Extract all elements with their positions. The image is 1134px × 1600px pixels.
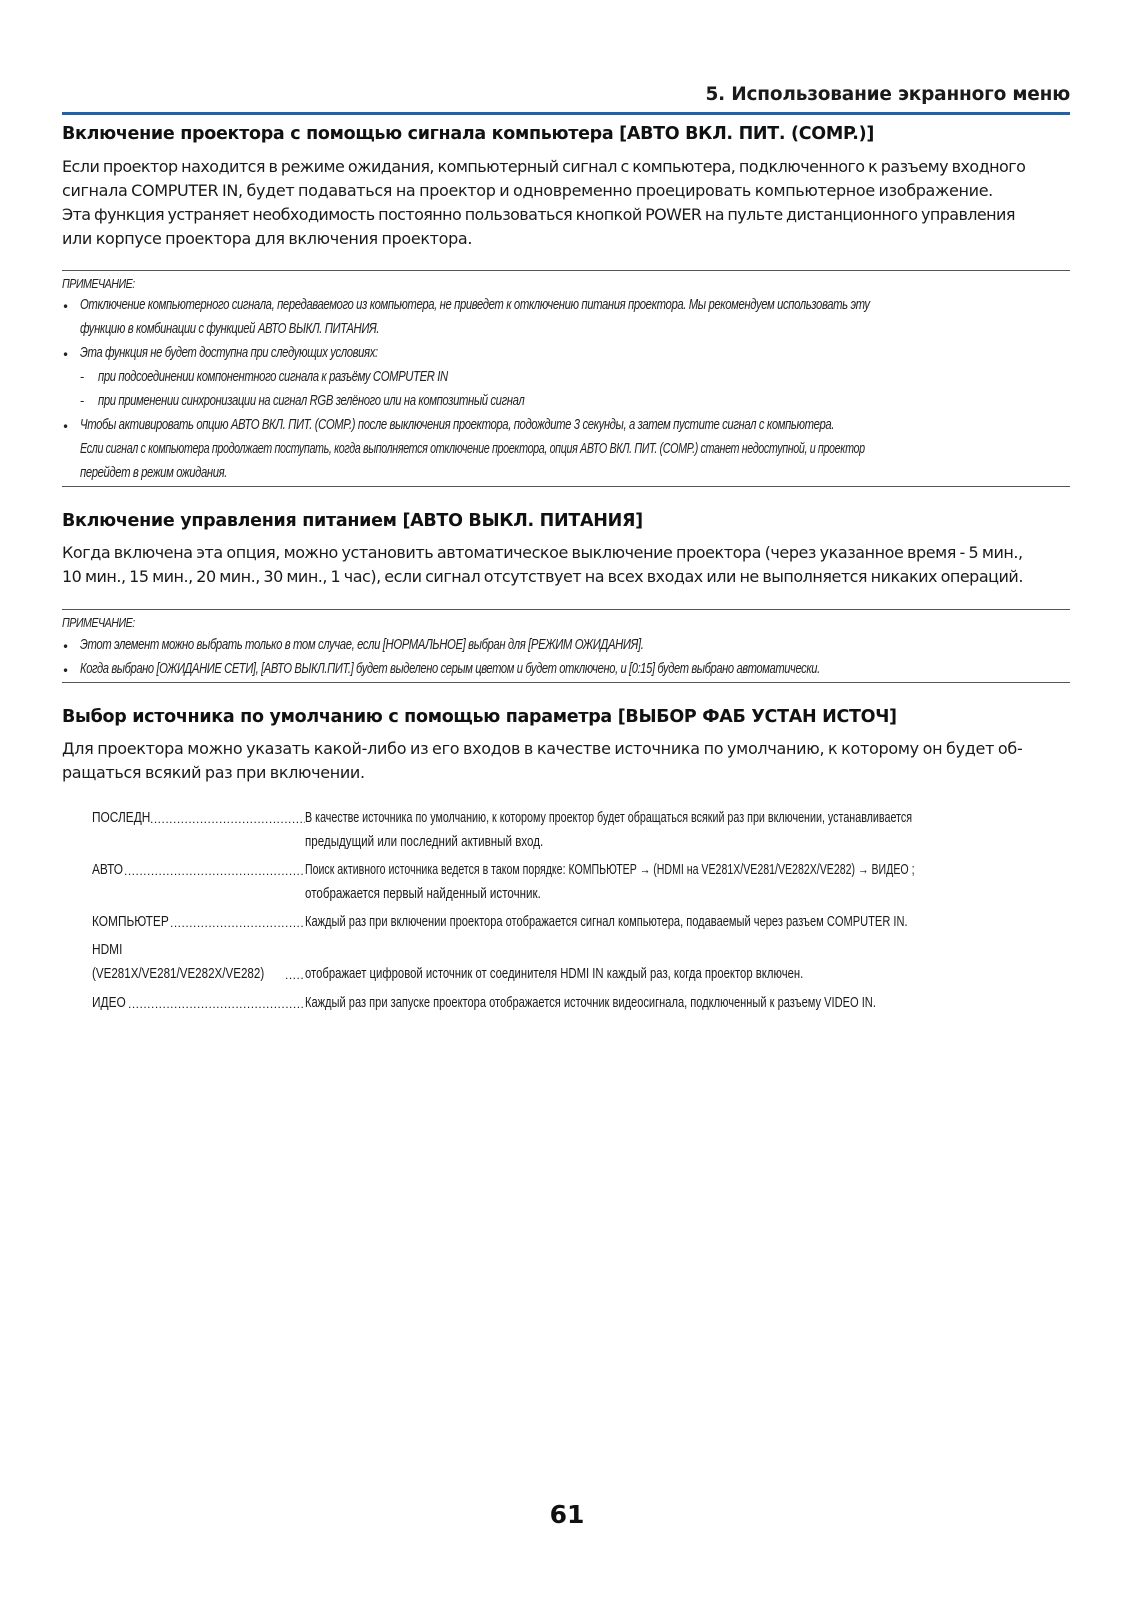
section-body-auto-power-off: Когда включена эта опция, можно установи… bbox=[62, 541, 1070, 589]
chapter-title: 5. Использование экранного меню bbox=[706, 84, 1071, 105]
definition-term-video: ИДЕО bbox=[92, 995, 126, 1011]
note-label: ПРИМЕЧАНИЕ: bbox=[62, 276, 135, 291]
note-divider-bottom bbox=[62, 682, 1070, 683]
note-line: Эта функция не будет доступна при следую… bbox=[80, 345, 378, 361]
note-line: Этот элемент можно выбрать только в том … bbox=[80, 637, 643, 653]
definition-desc: В качестве источника по умолчанию, к кот… bbox=[305, 810, 912, 826]
note-line: Если сигнал с компьютера продолжает пост… bbox=[80, 441, 865, 457]
definition-desc: отображает цифровой источник от соединит… bbox=[305, 966, 803, 982]
definition-term-auto: АВТО bbox=[92, 862, 123, 878]
body-line: ращаться всякий раз при включении. bbox=[62, 761, 1070, 785]
bullet-icon: • bbox=[62, 348, 69, 362]
leader-dots: ........................................… bbox=[170, 916, 305, 930]
body-line: 10 мин., 15 мин., 20 мин., 30 мин., 1 ча… bbox=[62, 565, 1070, 589]
note-line: при подсоединении компонентного сигнала … bbox=[98, 369, 448, 385]
body-line: Когда включена эта опция, можно установи… bbox=[62, 541, 1070, 565]
bullet-icon: • bbox=[62, 640, 69, 654]
definition-desc: Каждый раз при запуске проектора отображ… bbox=[305, 995, 876, 1011]
definition-term-last: ПОСЛЕДН bbox=[92, 810, 150, 826]
body-line: Если проектор находится в режиме ожидани… bbox=[62, 155, 1070, 179]
dash-icon: - bbox=[80, 393, 84, 408]
body-line: сигнала COMPUTER IN, будет подаваться на… bbox=[62, 179, 1070, 203]
page-header: 5. Использование экранного меню bbox=[62, 84, 1070, 115]
definition-desc: Каждый раз при включении проектора отобр… bbox=[305, 914, 908, 930]
definition-desc: Поиск активного источника ведется в тако… bbox=[305, 862, 915, 878]
section-body-auto-power-on: Если проектор находится в режиме ожидани… bbox=[62, 155, 1070, 251]
definition-term-hdmi: HDMI bbox=[92, 942, 122, 958]
page-number: 61 bbox=[0, 1500, 1134, 1529]
section-heading-auto-power-off: Включение управления питанием [АВТО ВЫКЛ… bbox=[62, 511, 643, 531]
note-divider-bottom bbox=[62, 486, 1070, 487]
leader-dots: ........................................… bbox=[150, 812, 305, 826]
dash-icon: - bbox=[80, 369, 84, 384]
note-divider-top bbox=[62, 270, 1070, 271]
definition-desc: отображается первый найденный источник. bbox=[305, 886, 541, 902]
leader-dots: ........................................… bbox=[124, 864, 305, 878]
leader-dots: ........ bbox=[285, 968, 305, 982]
body-line: Для проектора можно указать какой-либо и… bbox=[62, 737, 1070, 761]
definition-term-hdmi-models: (VE281X/VE281/VE282X/VE282) bbox=[92, 966, 264, 982]
leader-dots: ........................................… bbox=[128, 997, 305, 1011]
definition-term-computer: КОМПЬЮТЕР bbox=[92, 914, 169, 930]
note-line: Когда выбрано [ОЖИДАНИЕ СЕТИ], [АВТО ВЫК… bbox=[80, 661, 820, 677]
section-heading-auto-power-on: Включение проектора с помощью сигнала ко… bbox=[62, 124, 874, 144]
body-line: Эта функция устраняет необходимость пост… bbox=[62, 203, 1070, 227]
note-divider-top bbox=[62, 609, 1070, 610]
section-heading-default-source: Выбор источника по умолчанию с помощью п… bbox=[62, 707, 897, 727]
note-label: ПРИМЕЧАНИЕ: bbox=[62, 615, 135, 630]
note-line: Отключение компьютерного сигнала, переда… bbox=[80, 297, 870, 313]
bullet-icon: • bbox=[62, 420, 69, 434]
definition-desc: предыдущий или последний активный вход. bbox=[305, 834, 543, 850]
note-line: функцию в комбинации с функцией АВТО ВЫК… bbox=[80, 321, 379, 337]
bullet-icon: • bbox=[62, 300, 69, 314]
note-line: перейдет в режим ожидания. bbox=[80, 465, 227, 481]
bullet-icon: • bbox=[62, 664, 69, 678]
body-line: или корпусе проектора для включения прое… bbox=[62, 227, 1070, 251]
section-body-default-source: Для проектора можно указать какой-либо и… bbox=[62, 737, 1070, 785]
note-line: при применении синхронизации на сигнал R… bbox=[98, 393, 524, 409]
note-line: Чтобы активировать опцию АВТО ВКЛ. ПИТ. … bbox=[80, 417, 834, 433]
